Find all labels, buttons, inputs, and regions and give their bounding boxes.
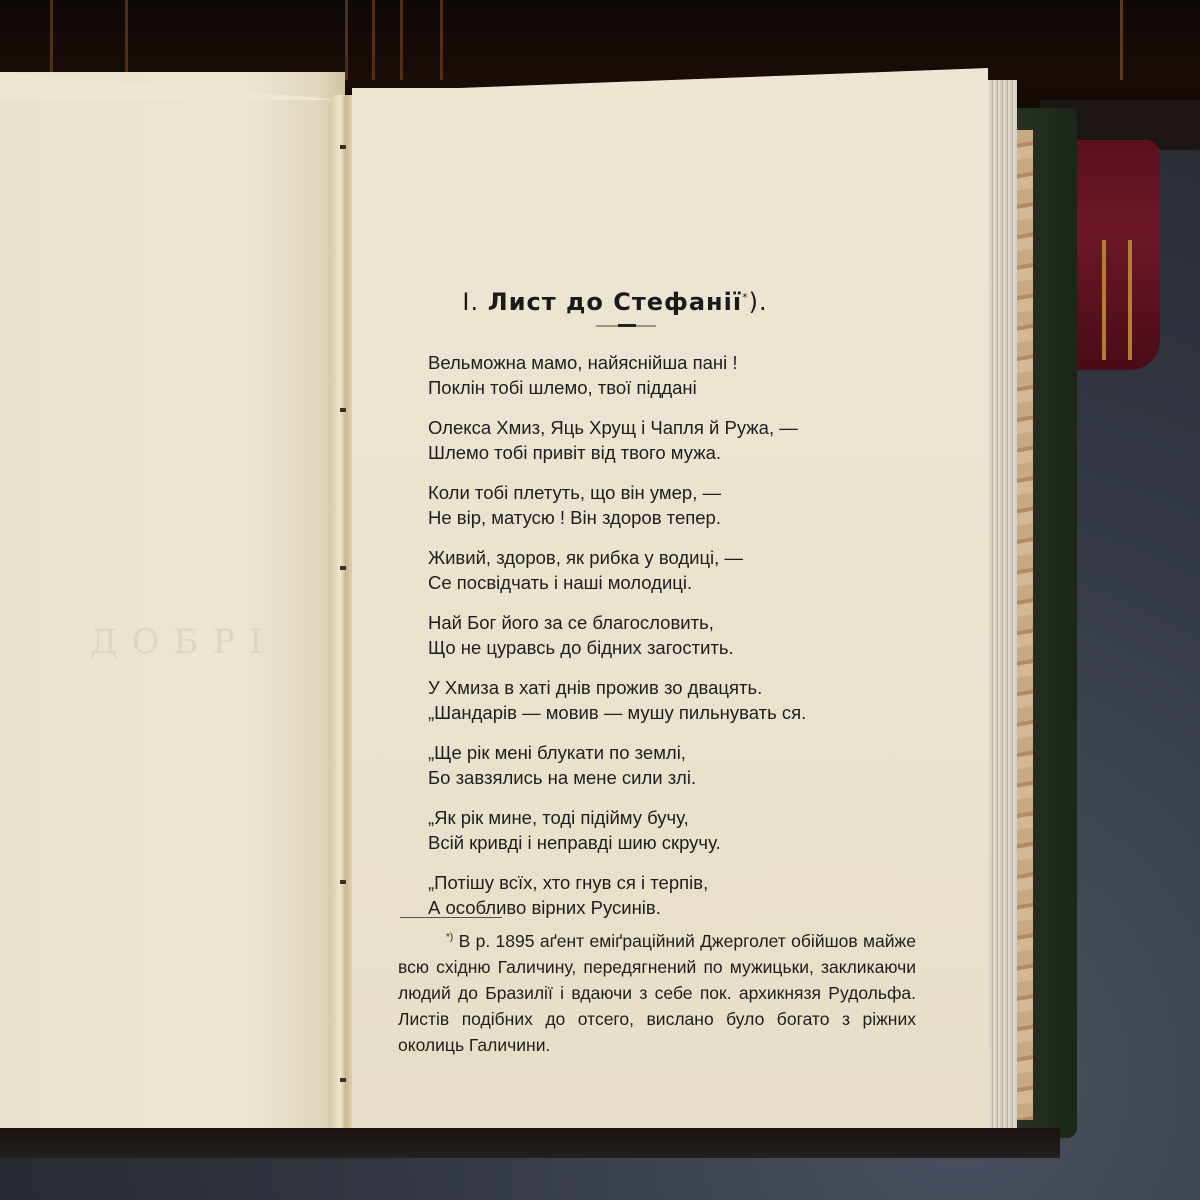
gold-spine-line xyxy=(50,0,53,80)
poem-line: Поклін тобі шлемо, твої піддані xyxy=(428,375,888,400)
stanza: „Як рік мине, тоді підійму бучу, Всій кр… xyxy=(428,805,888,855)
poem-line: У Хмиза в хаті днів прожив зо двацять. xyxy=(428,675,888,700)
binding-stitch xyxy=(340,145,346,149)
footnote-divider xyxy=(400,917,502,918)
poem-line: Живий, здоров, як рибка у водиці, — xyxy=(428,545,888,570)
stanza: „Ще рік мені блукати по землі, Бо завзял… xyxy=(428,740,888,790)
gold-spine-line xyxy=(372,0,375,80)
book-bottom-shadow xyxy=(0,1128,1060,1158)
stanza: Коли тобі плетуть, що він умер, — Не вір… xyxy=(428,480,888,530)
show-through-text: ДОБРІ xyxy=(90,622,277,662)
page-edges xyxy=(985,80,1017,1130)
gold-spine-line xyxy=(1120,0,1123,80)
poem-line: Не вір, матусю ! Він здоров тепер. xyxy=(428,505,888,530)
poem-line: „Ще рік мені блукати по землі, xyxy=(428,740,888,765)
left-page: ДОБРІ xyxy=(0,72,345,1132)
poem-line: Що не цуравсь до бідних загостить. xyxy=(428,635,888,660)
binding-stitch xyxy=(340,880,346,884)
gold-spine-line xyxy=(440,0,443,80)
poem-line: „Як рік мине, тоді підійму бучу, xyxy=(428,805,888,830)
poem-title: I. Лист до Стефанії*). xyxy=(420,288,810,316)
binding-stitch xyxy=(340,1078,346,1082)
binding-stitch xyxy=(340,566,346,570)
title-number: I. xyxy=(462,288,479,316)
binding-stitch xyxy=(340,408,346,412)
stanza: „Потішу всїх, хто гнув ся і терпів, А ос… xyxy=(428,870,888,920)
footnote-mark: *) xyxy=(446,932,453,943)
footnote-text: В р. 1895 аґент еміґраційний Джерголет о… xyxy=(398,931,916,1055)
poem-line: Шлемо тобі привіт від твого мужа. xyxy=(428,440,888,465)
poem-line: „Шандарів — мовив — мушу пильнувать ся. xyxy=(428,700,888,725)
footnote: *) В р. 1895 аґент еміґраційний Джерголе… xyxy=(398,925,916,1058)
stanza: У Хмиза в хаті днів прожив зо двацять. „… xyxy=(428,675,888,725)
title-divider xyxy=(596,325,656,327)
gold-line xyxy=(1128,240,1132,360)
poem-line: Вельможна мамо, найяснійша пані ! xyxy=(428,350,888,375)
stanza: Олекса Хмиз, Яць Хрущ і Чапля й Ружа, — … xyxy=(428,415,888,465)
gold-spine-line xyxy=(400,0,403,80)
poem-line: Коли тобі плетуть, що він умер, — xyxy=(428,480,888,505)
title-text: Лист до Стефанії xyxy=(488,288,742,316)
poem-line: „Потішу всїх, хто гнув ся і терпів, xyxy=(428,870,888,895)
title-closing: ). xyxy=(749,288,768,316)
gold-spine-line xyxy=(125,0,128,80)
gold-spine-line xyxy=(345,0,348,80)
poem-body: Вельможна мамо, найяснійша пані ! Поклін… xyxy=(428,350,888,935)
poem-line: Най Бог його за се благословить, xyxy=(428,610,888,635)
poem-line: Олекса Хмиз, Яць Хрущ і Чапля й Ружа, — xyxy=(428,415,888,440)
stanza: Вельможна мамо, найяснійша пані ! Поклін… xyxy=(428,350,888,400)
poem-line: Всій кривді і неправді шию скручу. xyxy=(428,830,888,855)
poem-line: Бо завзялись на мене сили злі. xyxy=(428,765,888,790)
gold-line xyxy=(1102,240,1106,360)
stanza: Живий, здоров, як рибка у водиці, — Се п… xyxy=(428,545,888,595)
poem-line: Се посвідчать і наші молодиці. xyxy=(428,570,888,595)
stanza: Най Бог його за се благословить, Що не ц… xyxy=(428,610,888,660)
marbled-endpaper xyxy=(1015,130,1033,1120)
